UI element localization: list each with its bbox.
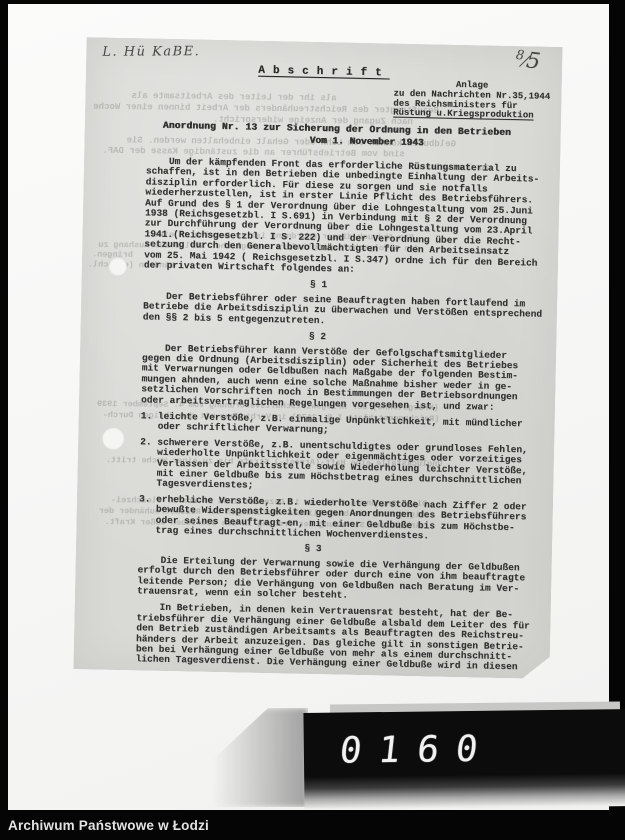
bleedthrough-fragment: als ihr der Leiter des Arbeitsamte als bbox=[131, 91, 336, 104]
document-body: Um der kämpfenden Front das erforderlich… bbox=[135, 156, 552, 692]
turn-page-mark: b.w. bbox=[135, 673, 541, 692]
section-2-item-1: 1. leichte Verstöße, z.B. einmalige Unpü… bbox=[140, 411, 546, 440]
frame-counter: 0160 bbox=[303, 709, 625, 810]
anlage-block: Anlage zu den Nachrichten Nr.35,1944 des… bbox=[393, 80, 550, 122]
section-3-paragraph-2: In Betrieben, in denen kein Vertrauensra… bbox=[136, 603, 543, 674]
section-2-item-2: 2. schwerere Verstöße, z.B. unentschuldi… bbox=[139, 437, 546, 498]
document-page: als ihr der Leiter des Arbeitsamte alsBe… bbox=[73, 37, 562, 679]
section-1-paragraph: Der Betriebsführer oder seine Beauftragt… bbox=[143, 291, 550, 331]
scan-backing: als ihr der Leiter des Arbeitsamte alsBe… bbox=[8, 4, 609, 810]
handwritten-inventory-mark: L. Hü KaBE. bbox=[102, 44, 200, 60]
section-2-paragraph: Der Betriebsführer kann Verstöße der Gef… bbox=[141, 343, 548, 414]
punch-hole-top bbox=[109, 258, 127, 276]
heading-block: Anordnung Nr. 13 zur Sicherung der Ordnu… bbox=[84, 119, 560, 152]
document-title: Abschrift bbox=[86, 61, 562, 83]
intro-paragraph: Um der kämpfenden Front das erforderlich… bbox=[144, 156, 552, 279]
anlage-line-4: Rüstung u.Kriegsproduktion bbox=[393, 109, 550, 122]
punch-hole-bottom bbox=[102, 428, 124, 450]
section-3-paragraph-1: Die Erteilung der Verwarnung sowie die V… bbox=[137, 555, 544, 605]
bleedthrough-fragment: Beauftragter des Reichstreuhänders der A… bbox=[93, 102, 439, 116]
archive-band: Archiwum Państwowe w Łodzi bbox=[0, 810, 625, 840]
turn-page-mark-text: b.w. bbox=[450, 679, 473, 690]
page-corner-fold bbox=[549, 657, 576, 680]
archive-label: Archiwum Państwowe w Łodzi bbox=[8, 818, 209, 833]
frame-counter-digits: 0160 bbox=[338, 729, 497, 772]
section-2-item-3: 3. erhebliche Verstöße, z.B. wiederholte… bbox=[138, 494, 545, 544]
